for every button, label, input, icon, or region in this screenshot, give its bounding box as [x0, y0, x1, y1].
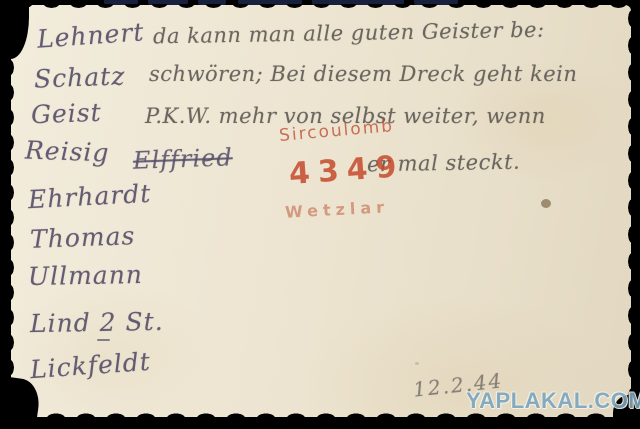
site-watermark: YAPLAKAL.COM — [466, 388, 640, 414]
photo-paper: Lehnert Schatz Geist Reisig Ehrhardt Tho… — [11, 5, 631, 417]
handwritten-name: Geist — [31, 98, 103, 129]
stamp-city-line: Wetzlar — [285, 197, 390, 221]
corner-shadow — [3, 0, 29, 59]
handwritten-name: Lind 2 St. — [30, 307, 164, 338]
corner-shadow — [2, 377, 42, 427]
paper-spot — [541, 199, 551, 208]
crossed-out-word: Elffried — [133, 143, 234, 174]
handwritten-name: Ullmann — [28, 260, 143, 291]
handwritten-name: Lehnert — [36, 17, 145, 53]
message-line: da kann man alle guten Geister be: — [153, 18, 545, 49]
handwritten-name: Thomas — [30, 221, 136, 254]
deckle-edge-left — [10, 5, 19, 417]
paper-spot — [415, 362, 419, 365]
handwritten-name: Ehrhardt — [27, 179, 152, 214]
stamp-number: 4349 — [288, 149, 406, 192]
deckle-edge-right — [623, 5, 632, 417]
scanned-photo-back: Lehnert Schatz Geist Reisig Ehrhardt Tho… — [0, 0, 640, 429]
handwritten-name: Reisig — [25, 136, 110, 168]
message-line: schwören; Bei diesem Dreck geht kein — [149, 62, 577, 86]
handwritten-name: Lickfeldt — [29, 347, 152, 384]
handwritten-name: Schatz — [34, 61, 126, 93]
underline-mark — [97, 339, 110, 341]
deckle-edge-top — [11, 4, 631, 13]
